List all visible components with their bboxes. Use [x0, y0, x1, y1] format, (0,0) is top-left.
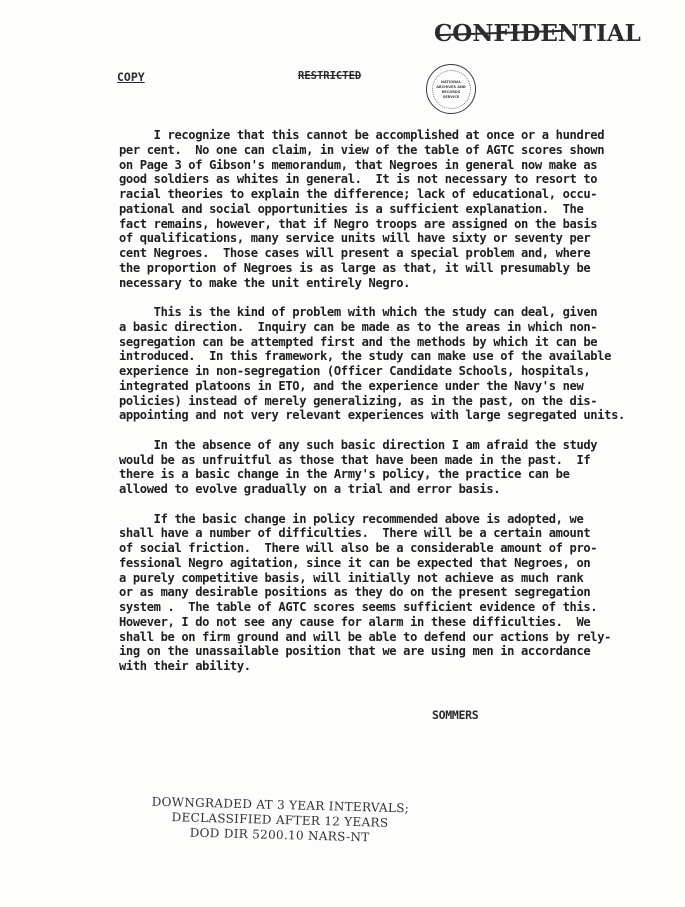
copy-label: COPY: [117, 70, 145, 84]
paragraph-4: If the basic change in policy recommende…: [119, 512, 679, 674]
classification-stamp: CONFIDENTIAL: [434, 20, 641, 47]
restricted-label: RESTRICTED: [298, 70, 361, 82]
document-page: CONFIDENTIAL COPY RESTRICTED NATIONAL AR…: [0, 0, 685, 907]
seal-line: SERVICE: [427, 95, 475, 100]
paragraph-3: In the absence of any such basic directi…: [119, 438, 679, 497]
declassification-stamp: DOWNGRADED AT 3 YEAR INTERVALS; DECLASSI…: [139, 794, 420, 846]
paragraph-2: This is the kind of problem with which t…: [119, 305, 679, 423]
signature: SOMMERS: [432, 708, 478, 722]
seal-text: NATIONAL ARCHIVES AND RECORDS SERVICE: [427, 80, 475, 100]
library-stamp-seal-icon: NATIONAL ARCHIVES AND RECORDS SERVICE: [426, 64, 476, 114]
paragraph-1: I recognize that this cannot be accompli…: [119, 128, 679, 290]
memo-body: I recognize that this cannot be accompli…: [119, 128, 679, 674]
